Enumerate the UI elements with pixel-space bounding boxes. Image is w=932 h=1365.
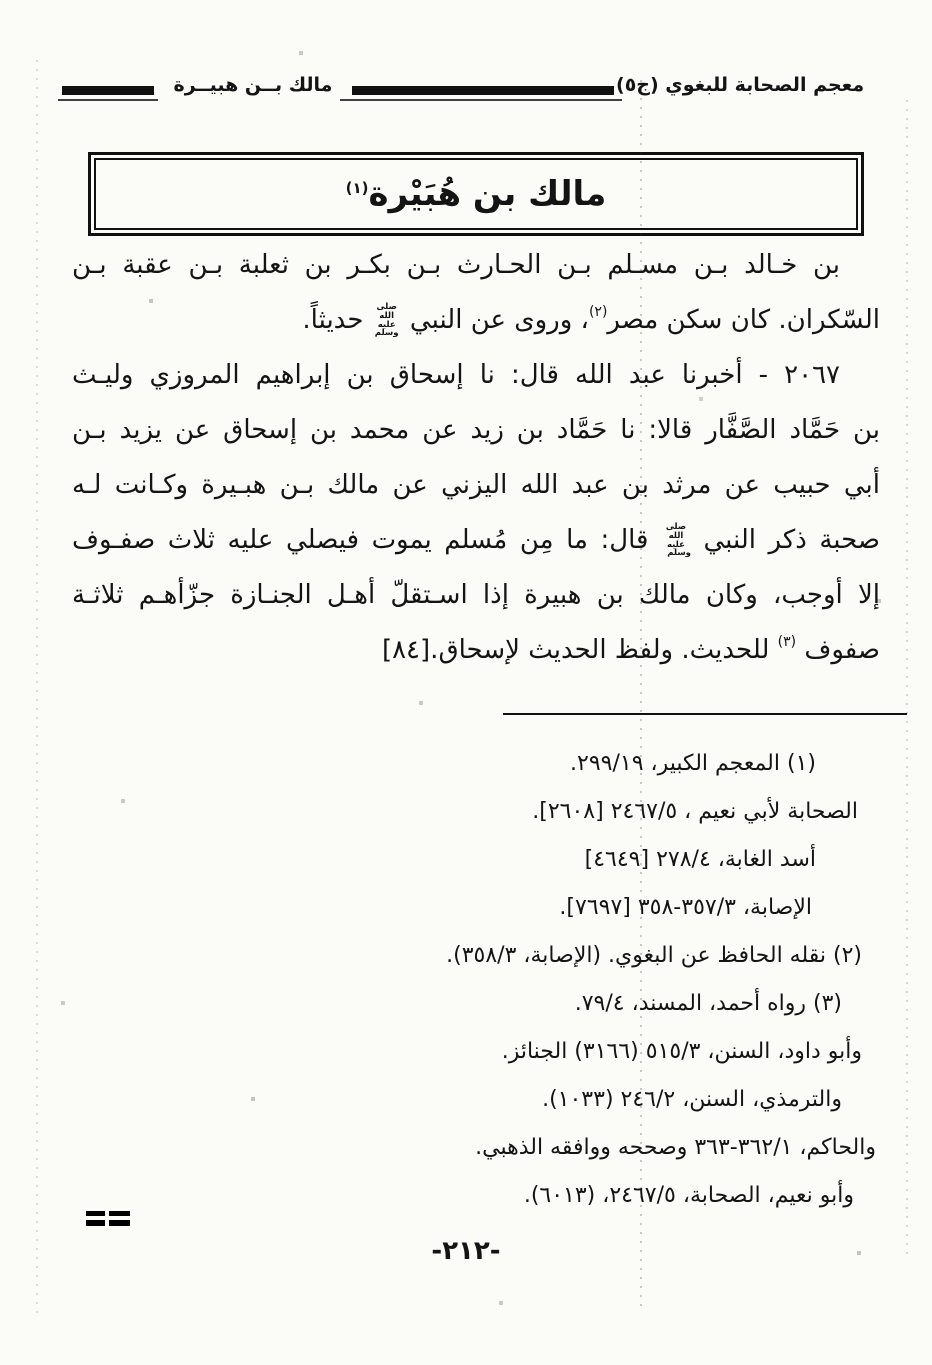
body-line: بن حَمَّاد الصَّفَّار قالا: نا حَمَّاد ب… [72, 403, 880, 458]
scan-artifact-vertical-dots [906, 100, 908, 1260]
entry-title-text: مالك بن هُبَيْرة [369, 174, 607, 214]
footnote-line: (٢) نقله الحافظ عن البغوي. (الإصابة، ٣٥٨… [72, 932, 882, 980]
scan-artifact-vertical-dots [640, 80, 642, 1310]
entry-title-box: مالك بن هُبَيْرة(١) [88, 152, 864, 236]
header-book-title: معجم الصحابة للبغوي (ج٥) [616, 74, 908, 96]
header-rule-left-thin [58, 99, 158, 101]
body-line: صفوف (٣) للحديث. ولفظ الحديث لإسحاق.[٨٤] [72, 623, 880, 678]
body-line: بن خـالد بـن مسـلم بـن الحـارث بـن بكـر … [72, 238, 880, 293]
body-line: السّكران. كان سكن مصر(٢)، وروى عن النبي … [72, 293, 880, 348]
scanned-book-page: معجم الصحابة للبغوي (ج٥) مالك بــن هبيــ… [0, 0, 932, 1365]
footnote-line: وأبو نعيم، الصحابة، ٢٤٦٧/٥، (٦٠١٣). [72, 1172, 882, 1220]
footnote-line: والحاكم، ٣٦٢/١-٣٦٣ وصححه ووافقه الذهبي. [72, 1124, 882, 1172]
footnote-line: (٣) رواه أحمد، المسند، ٧٩/٤. [72, 980, 882, 1028]
pbuh-symbol: صلى الله عليه وسلم [661, 523, 691, 559]
entry-title-footnote-ref: (١) [346, 179, 369, 197]
scan-artifact-vertical-dots [36, 60, 38, 1320]
pbuh-symbol: صلى الله عليه وسلم [372, 303, 402, 339]
footnotes-block: (١) المعجم الكبير، ٢٩٩/١٩. الصحابة لأبي … [72, 740, 882, 1220]
footnote-separator-rule [503, 713, 907, 715]
body-line: صحبة ذكر النبي صلى الله عليه وسلم قال: م… [72, 513, 880, 568]
body-line: أبي حبيب عن مرثد بن عبد الله اليزني عن م… [72, 458, 880, 513]
footnote-line: الإصابة، ٣٥٧/٣-٣٥٨ [٧٦٩٧]. [72, 884, 882, 932]
scan-artifact-specks [0, 0, 2, 2]
body-line: إلا أوجب، وكان مالك بن هبيرة إذا اسـتقلّ… [72, 568, 880, 623]
header-rule-middle [352, 86, 614, 95]
page-number: -٢١٢- [0, 1236, 932, 1266]
header-running-title: مالك بــن هبيــرة [158, 74, 348, 96]
header-rule-left [62, 86, 154, 95]
entry-body: بن خـالد بـن مسـلم بـن الحـارث بـن بكـر … [72, 238, 880, 678]
footnote-line: وأبو داود، السنن، ٥١٥/٣ (٣١٦٦) الجنائز. [72, 1028, 882, 1076]
footnote-line: الصحابة لأبي نعيم ، ٢٤٦٧/٥ [٢٦٠٨]. [72, 788, 882, 836]
header-rule-middle-thin [340, 99, 622, 101]
footnote-line: والترمذي، السنن، ٢٤٦/٢ (١٠٣٣). [72, 1076, 882, 1124]
body-line: ٢٠٦٧ - أخبرنا عبد الله قال: نا إسحاق بن … [72, 348, 880, 403]
footnote-line: أسد الغابة، ٢٧٨/٤ [٤٦٤٩] [72, 836, 882, 884]
entry-title: مالك بن هُبَيْرة(١) [346, 174, 607, 214]
margin-equals-mark [86, 1211, 130, 1226]
footnote-line: (١) المعجم الكبير، ٢٩٩/١٩. [72, 740, 882, 788]
